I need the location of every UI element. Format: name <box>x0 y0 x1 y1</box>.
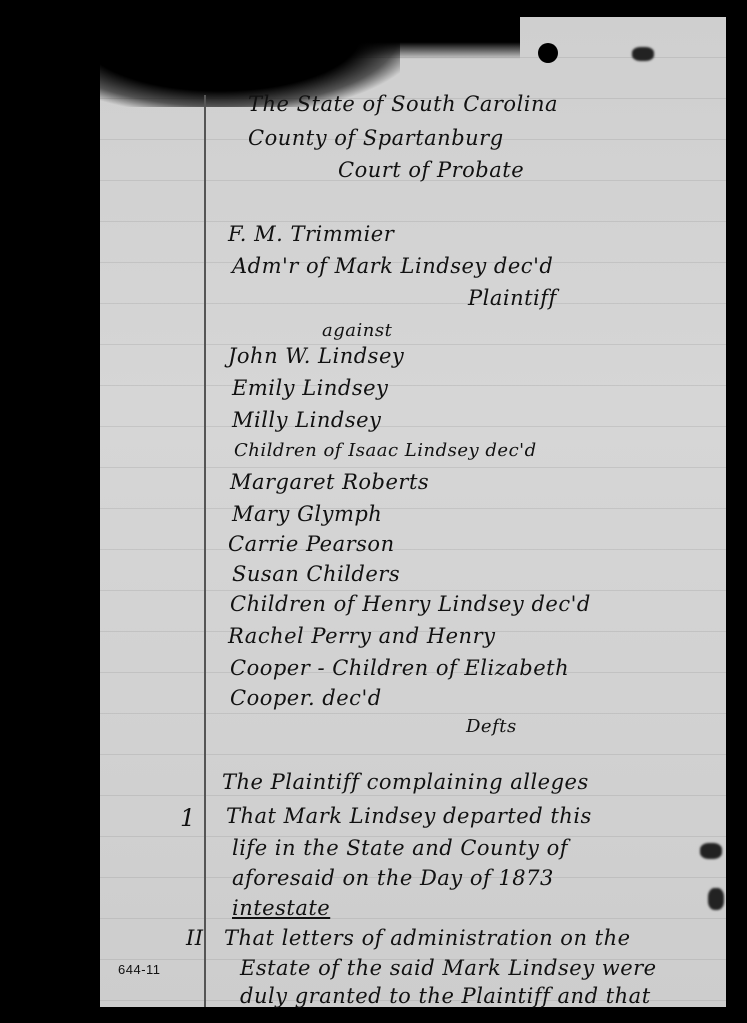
defendant-10: Rachel Perry and Henry <box>228 624 495 648</box>
paragraph-number-2: II <box>186 926 204 950</box>
against-label: against <box>322 320 392 341</box>
plaintiff-role: Adm'r of Mark Lindsey dec'd <box>232 254 553 278</box>
punch-hole <box>318 44 338 64</box>
defendant-3: Milly Lindsey <box>232 408 381 432</box>
para1-line-1: That Mark Lindsey departed this <box>226 804 592 828</box>
defendant-8: Susan Childers <box>232 562 400 586</box>
para2-line-3: duly granted to the Plaintiff and that <box>240 984 651 1008</box>
paragraph-number-1: 1 <box>180 804 196 832</box>
defendant-4: Children of Isaac Lindsey dec'd <box>234 440 537 461</box>
defendant-11: Cooper - Children of Elizabeth <box>230 656 569 680</box>
para1-line-3: aforesaid on the Day of 1873 <box>232 866 554 890</box>
defendant-7: Carrie Pearson <box>228 532 395 556</box>
header-state: The State of South Carolina <box>248 92 558 116</box>
punch-hole <box>538 43 558 63</box>
defendant-9: Children of Henry Lindsey dec'd <box>230 592 591 616</box>
ink-smudge <box>632 47 654 61</box>
para2-line-1: That letters of administration on the <box>224 926 631 950</box>
plaintiff-name: F. M. Trimmier <box>228 222 394 246</box>
defendants-label: Defts <box>466 716 517 737</box>
defendant-6: Mary Glymph <box>232 502 382 526</box>
defendant-2: Emily Lindsey <box>232 376 388 400</box>
complaint-intro: The Plaintiff complaining alleges <box>222 770 589 794</box>
ink-smudge <box>700 843 722 859</box>
plaintiff-label: Plaintiff <box>468 286 557 310</box>
para1-line-4: intestate <box>232 896 330 920</box>
header-county: County of Spartanburg <box>248 126 504 150</box>
defendant-1: John W. Lindsey <box>228 344 404 368</box>
ink-smudge <box>708 888 724 910</box>
para2-line-2: Estate of the said Mark Lindsey were <box>240 956 657 980</box>
para1-line-2: life in the State and County of <box>232 836 568 860</box>
margin-note: 644-11 <box>118 962 161 977</box>
header-court: Court of Probate <box>338 158 524 182</box>
margin-rule <box>204 95 206 1007</box>
defendant-12: Cooper. dec'd <box>230 686 382 710</box>
defendant-5: Margaret Roberts <box>230 470 429 494</box>
